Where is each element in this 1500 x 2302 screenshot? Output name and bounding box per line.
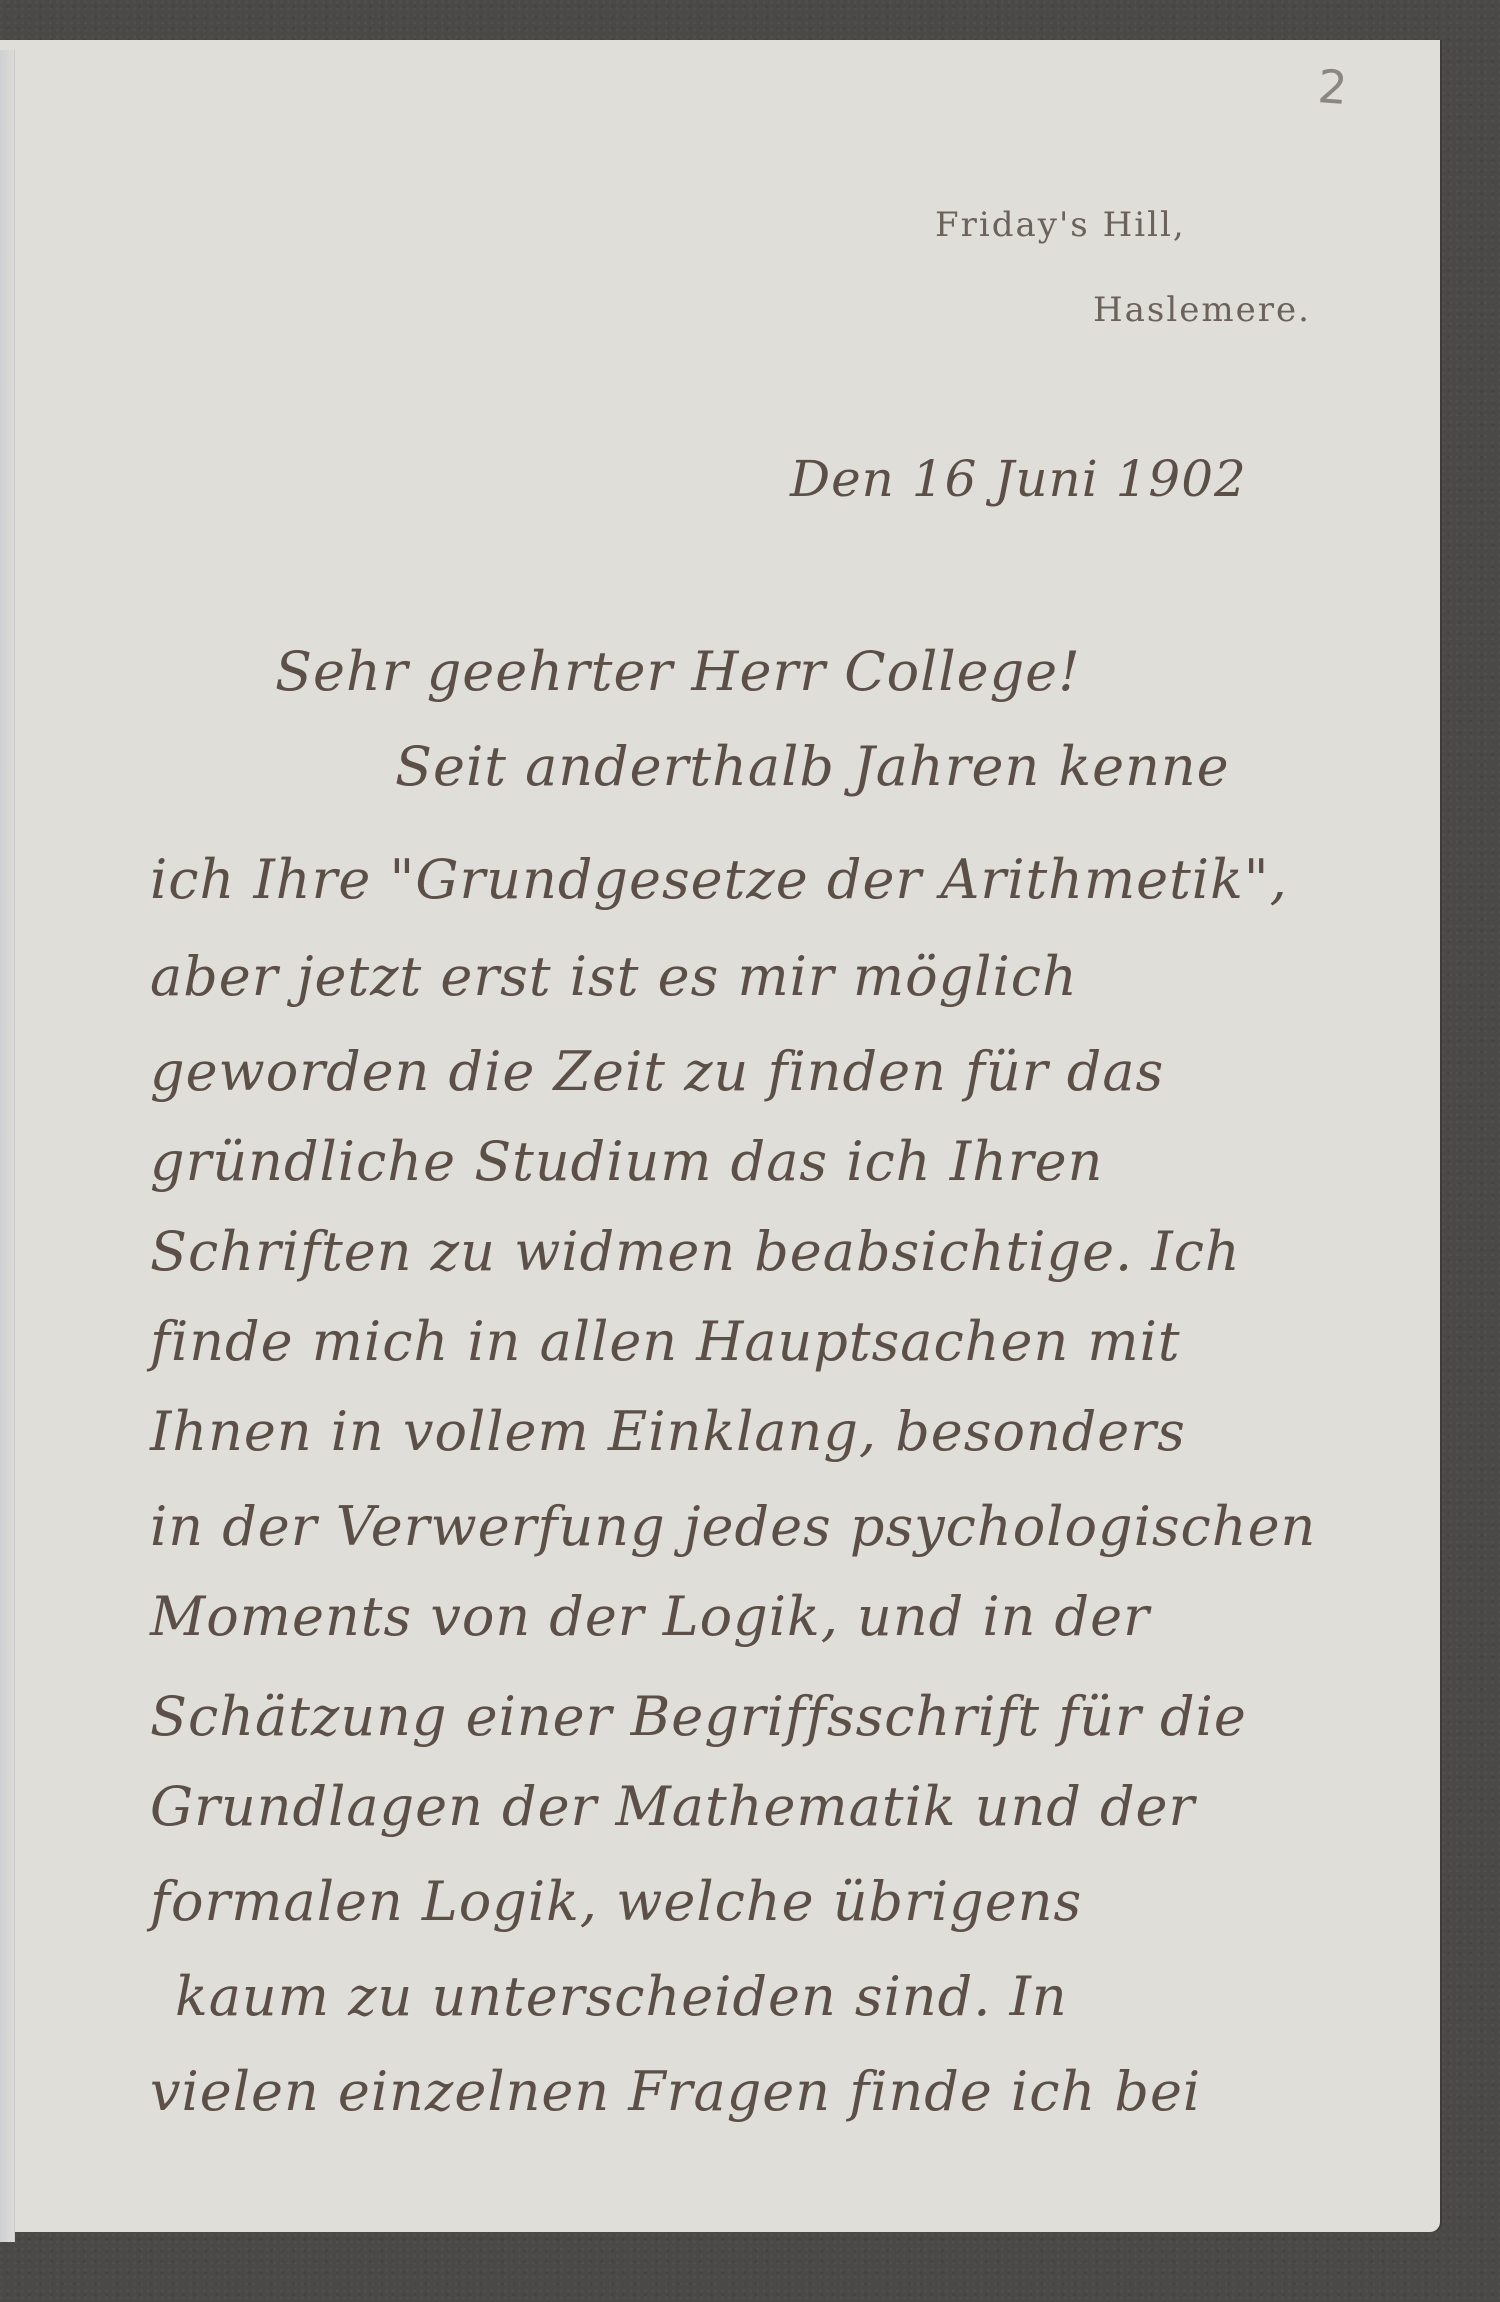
body-line-3: aber jetzt erst ist es mir möglich (150, 945, 1078, 1008)
body-line-14: kaum zu unterscheiden sind. In (175, 1965, 1068, 2028)
salutation: Sehr geehrter Herr College! (275, 640, 1081, 703)
letterhead-line-2: Haslemere. (1093, 290, 1311, 330)
body-line-13: formalen Logik, welche übrigens (150, 1870, 1082, 1933)
letter-date: Den 16 Juni 1902 (790, 450, 1247, 508)
body-line-6: Schriften zu widmen beabsichtige. Ich (150, 1220, 1241, 1283)
body-line-10: Moments von der Logik, und in der (150, 1585, 1150, 1648)
body-line-8: Ihnen in vollem Einklang, besonders (150, 1400, 1186, 1463)
body-line-12: Grundlagen der Mathematik und der (150, 1775, 1195, 1838)
body-line-7: finde mich in allen Hauptsachen mit (150, 1310, 1181, 1373)
body-line-4: geworden die Zeit zu finden für das (150, 1040, 1164, 1103)
body-line-11: Schätzung einer Begriffsschrift für die (150, 1685, 1247, 1748)
letterhead-line-1: Friday's Hill, (935, 205, 1186, 245)
body-line-15: vielen einzelnen Fragen finde ich bei (150, 2060, 1201, 2123)
sheet-left-edge (0, 50, 15, 2242)
page-number-mark: 2 (1316, 59, 1349, 115)
body-line-9: in der Verwerfung jedes psychologischen (150, 1495, 1316, 1558)
body-line-5: gründliche Studium das ich Ihren (150, 1130, 1103, 1193)
body-line-1: Seit anderthalb Jahren kenne (395, 735, 1230, 798)
body-line-2: ich Ihre "Grundgesetze der Arithmetik", (150, 848, 1288, 911)
